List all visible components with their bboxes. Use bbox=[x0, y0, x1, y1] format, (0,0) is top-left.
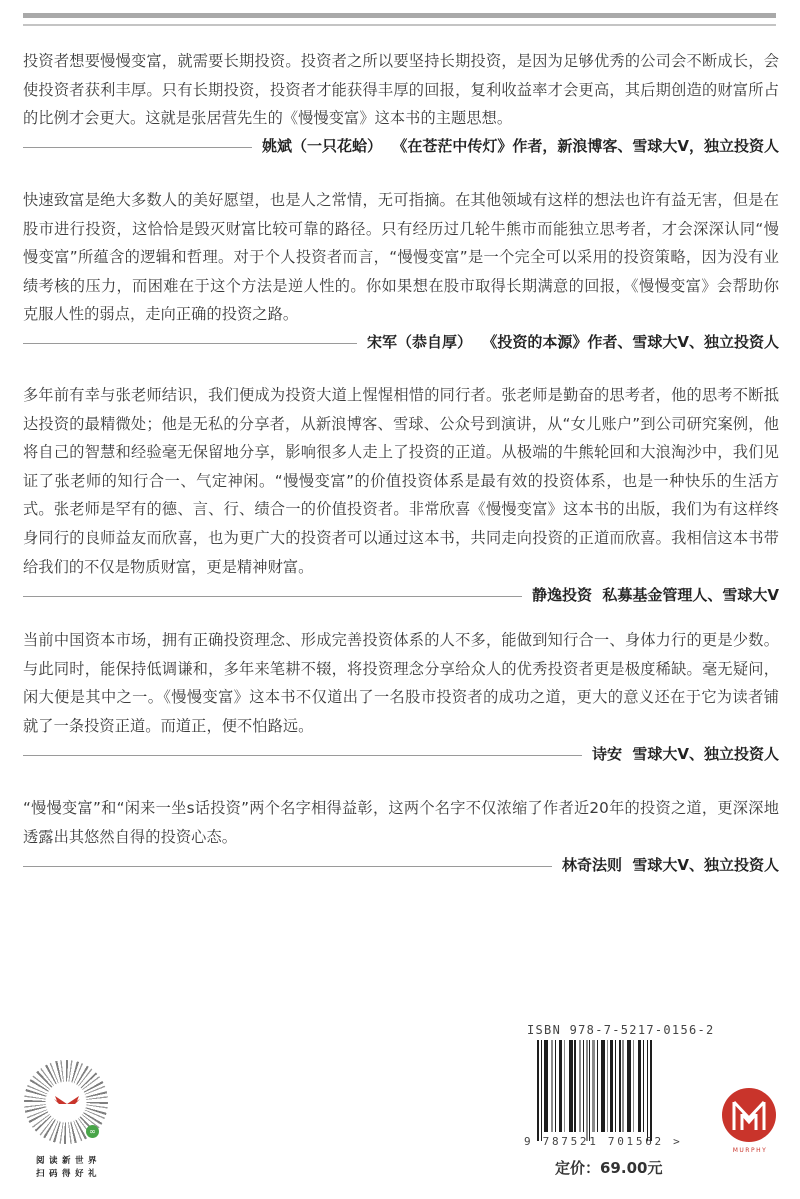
top-rule-thin bbox=[23, 24, 776, 26]
attribution: 宋军（恭自厚） 《投资的本源》作者、雪球大V、独立投资人 bbox=[23, 329, 779, 355]
attribution-text: 静逸投资 私募基金管理人、雪球大V bbox=[532, 584, 779, 605]
publisher-name: MURPHY bbox=[723, 1147, 777, 1154]
isbn-label: ISBN 978-7-5217-0156-2 bbox=[527, 1023, 715, 1037]
barcode-digits: 9 787521 701562 > bbox=[524, 1135, 682, 1148]
barcode-icon bbox=[537, 1040, 683, 1138]
endorsement-quote: 快速致富是绝大多数人的美好愿望，也是人之常情，无可指摘。在其他领域有这样的想法也… bbox=[23, 186, 779, 355]
quote-body: 投资者想要慢慢变富，就需要长期投资。投资者之所以要坚持长期投资，是因为足够优秀的… bbox=[23, 47, 779, 133]
attribution-text: 林奇法则 雪球大V、独立投资人 bbox=[562, 854, 779, 875]
attribution-text: 姚斌（一只花蛤） 《在苍茫中传灯》作者，新浪博客、雪球大V，独立投资人 bbox=[262, 135, 779, 156]
attribution-rule bbox=[23, 596, 522, 597]
endorsement-quote: 多年前有幸与张老师结识，我们便成为投资大道上惺惺相惜的同行者。张老师是勤奋的思考… bbox=[23, 381, 779, 607]
qr-caption: 阅读新世界 扫码得好礼 bbox=[36, 1155, 106, 1181]
attribution: 诗安 雪球大V、独立投资人 bbox=[23, 740, 779, 766]
quote-body: 多年前有幸与张老师结识，我们便成为投资大道上惺惺相惜的同行者。张老师是勤奋的思考… bbox=[23, 381, 779, 581]
mini-program-icon: ∞ bbox=[86, 1125, 99, 1138]
quote-body: 快速致富是绝大多数人的美好愿望，也是人之常情，无可指摘。在其他领域有这样的想法也… bbox=[23, 186, 779, 329]
top-rule-thick bbox=[23, 13, 776, 18]
endorsement-quote: 当前中国资本市场，拥有正确投资理念、形成完善投资体系的人不多，能做到知行合一、身… bbox=[23, 626, 779, 766]
price-label: 定价：69.00元 bbox=[555, 1157, 662, 1178]
attribution-rule bbox=[23, 343, 357, 344]
qr-caption-line1: 阅读新世界 bbox=[36, 1155, 106, 1168]
murphy-logo-icon bbox=[722, 1088, 776, 1142]
endorsement-quote: “慢慢变富”和“闲来一坐s话投资”两个名字相得益彰，这两个名字不仅浓缩了作者近2… bbox=[23, 794, 779, 877]
qr-caption-line2: 扫码得好礼 bbox=[36, 1168, 106, 1181]
attribution: 静逸投资 私募基金管理人、雪球大V bbox=[23, 581, 779, 607]
attribution: 姚斌（一只花蛤） 《在苍茫中传灯》作者，新浪博客、雪球大V，独立投资人 bbox=[23, 133, 779, 159]
quote-body: 当前中国资本市场，拥有正确投资理念、形成完善投资体系的人不多，能做到知行合一、身… bbox=[23, 626, 779, 740]
cover-footer: ∞ 阅读新世界 扫码得好礼 ISBN 978-7-5217-0156-2 9 7 bbox=[0, 1000, 800, 1199]
attribution-rule bbox=[23, 755, 582, 756]
attribution-text: 诗安 雪球大V、独立投资人 bbox=[592, 743, 779, 764]
endorsement-quote: 投资者想要慢慢变富，就需要长期投资。投资者之所以要坚持长期投资，是因为足够优秀的… bbox=[23, 47, 779, 159]
quote-body: “慢慢变富”和“闲来一坐s话投资”两个名字相得益彰，这两个名字不仅浓缩了作者近2… bbox=[23, 794, 779, 851]
wings-logo-icon bbox=[53, 1094, 81, 1106]
attribution-text: 宋军（恭自厚） 《投资的本源》作者、雪球大V、独立投资人 bbox=[367, 331, 779, 352]
attribution: 林奇法则 雪球大V、独立投资人 bbox=[23, 851, 779, 877]
attribution-rule bbox=[23, 147, 252, 148]
attribution-rule bbox=[23, 866, 552, 867]
